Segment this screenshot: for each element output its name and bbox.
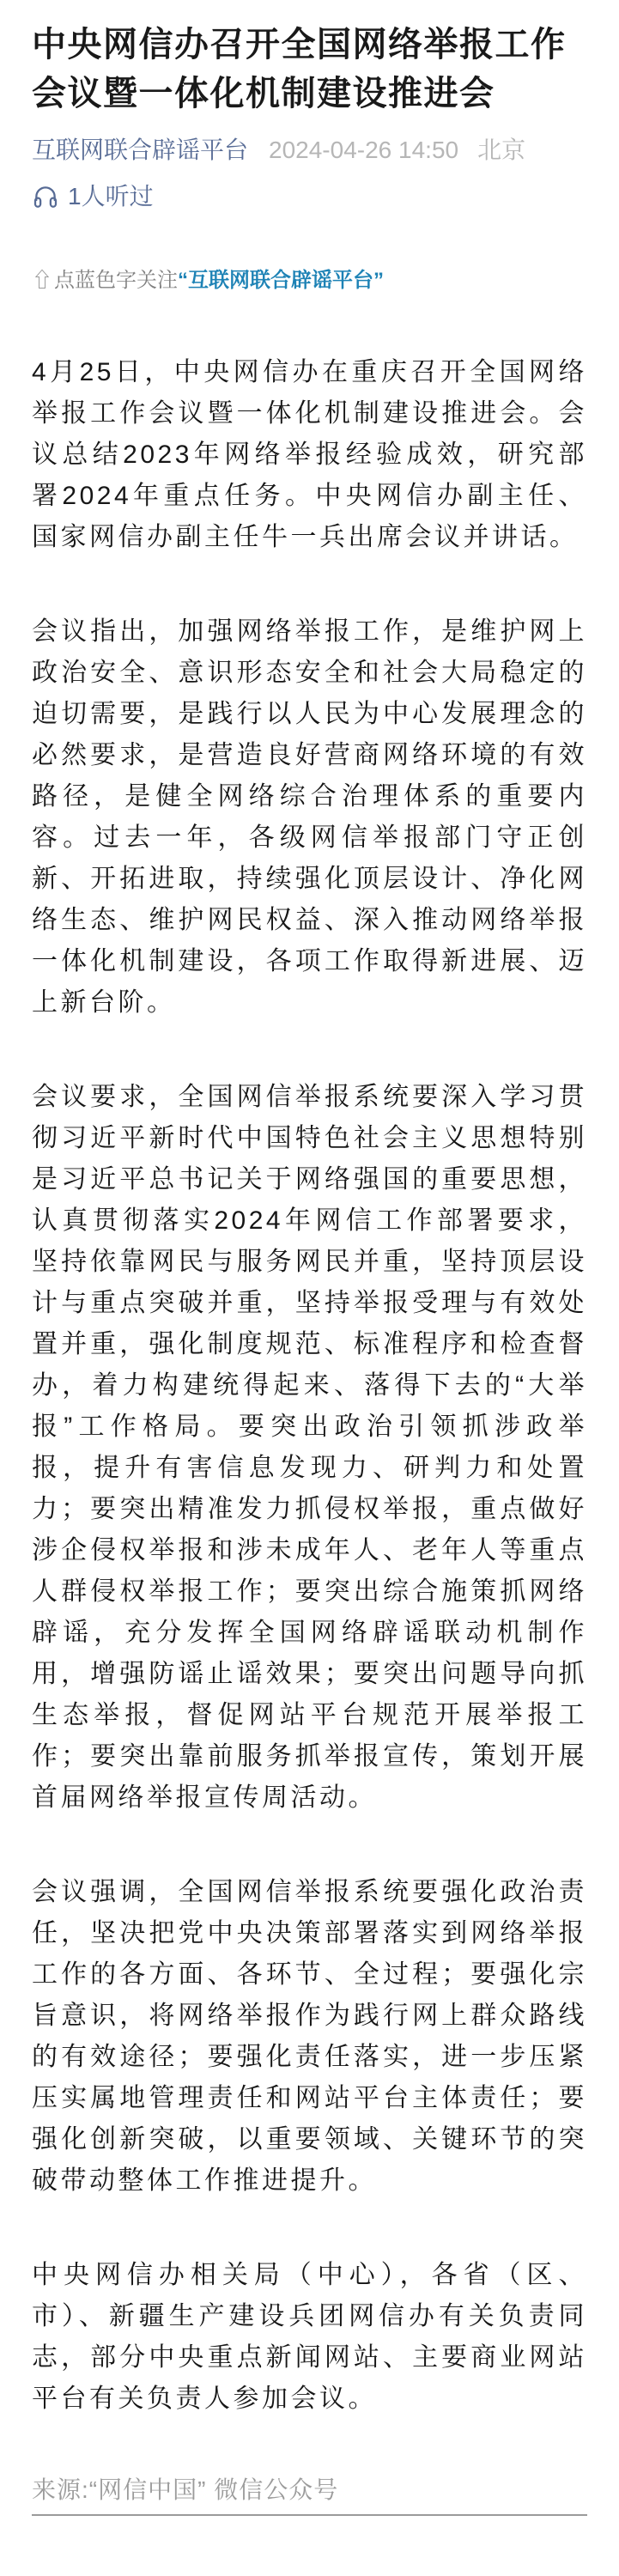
wechat-article-page: { "article": { "title": "中央网信办召开全国网络举报工作… — [0, 0, 619, 2576]
up-arrow-icon: ⇧ — [32, 269, 52, 292]
article-body: 4月25日，中央网信办在重庆召开全国网络举报工作会议暨一体化机制建设推进会。会议… — [32, 352, 587, 2420]
audio-listen-widget[interactable]: 1人听过 — [32, 180, 587, 213]
paragraph-3: 会议要求，全国网信举报系统要深入学习贯彻习近平新时代中国特色社会主义思想特别是习… — [32, 1077, 587, 1819]
follow-account-link[interactable]: “互联网联合辟谣平台” — [178, 269, 384, 292]
byline: 互联网联合辟谣平台 2024-04-26 14:50 北京 — [32, 134, 587, 167]
publish-date: 2024-04-26 14:50 — [269, 134, 458, 167]
article-title: 中央网信办召开全国网络举报工作会议暨一体化机制建设推进会 — [32, 21, 587, 118]
source-line: 来源:“网信中国” 微信公众号 — [32, 2473, 587, 2516]
publish-location: 北京 — [477, 134, 525, 167]
listen-count-label: 1人听过 — [68, 180, 154, 213]
paragraph-4: 会议强调，全国网信举报系统要强化政治责任，坚决把党中央决策部署落实到网络举报工作… — [32, 1872, 587, 2202]
follow-hint-line: ⇧点蓝色字关注“互联网联合辟谣平台” — [32, 266, 587, 295]
account-link[interactable]: 互联网联合辟谣平台 — [32, 134, 248, 167]
article-container: 中央网信办召开全国网络举报工作会议暨一体化机制建设推进会 互联网联合辟谣平台 2… — [0, 0, 619, 2516]
paragraph-1: 4月25日，中央网信办在重庆召开全国网络举报工作会议暨一体化机制建设推进会。会议… — [32, 352, 587, 558]
paragraph-5: 中央网信办相关局（中心），各省（区、市）、新疆生产建设兵团网信办有关负责同志，部… — [32, 2255, 587, 2420]
paragraph-2: 会议指出，加强网络举报工作，是维护网上政治安全、意识形态安全和社会大局稳定的迫切… — [32, 611, 587, 1024]
headphones-icon — [32, 183, 68, 210]
follow-hint-text: 点蓝色字关注 — [54, 269, 178, 292]
